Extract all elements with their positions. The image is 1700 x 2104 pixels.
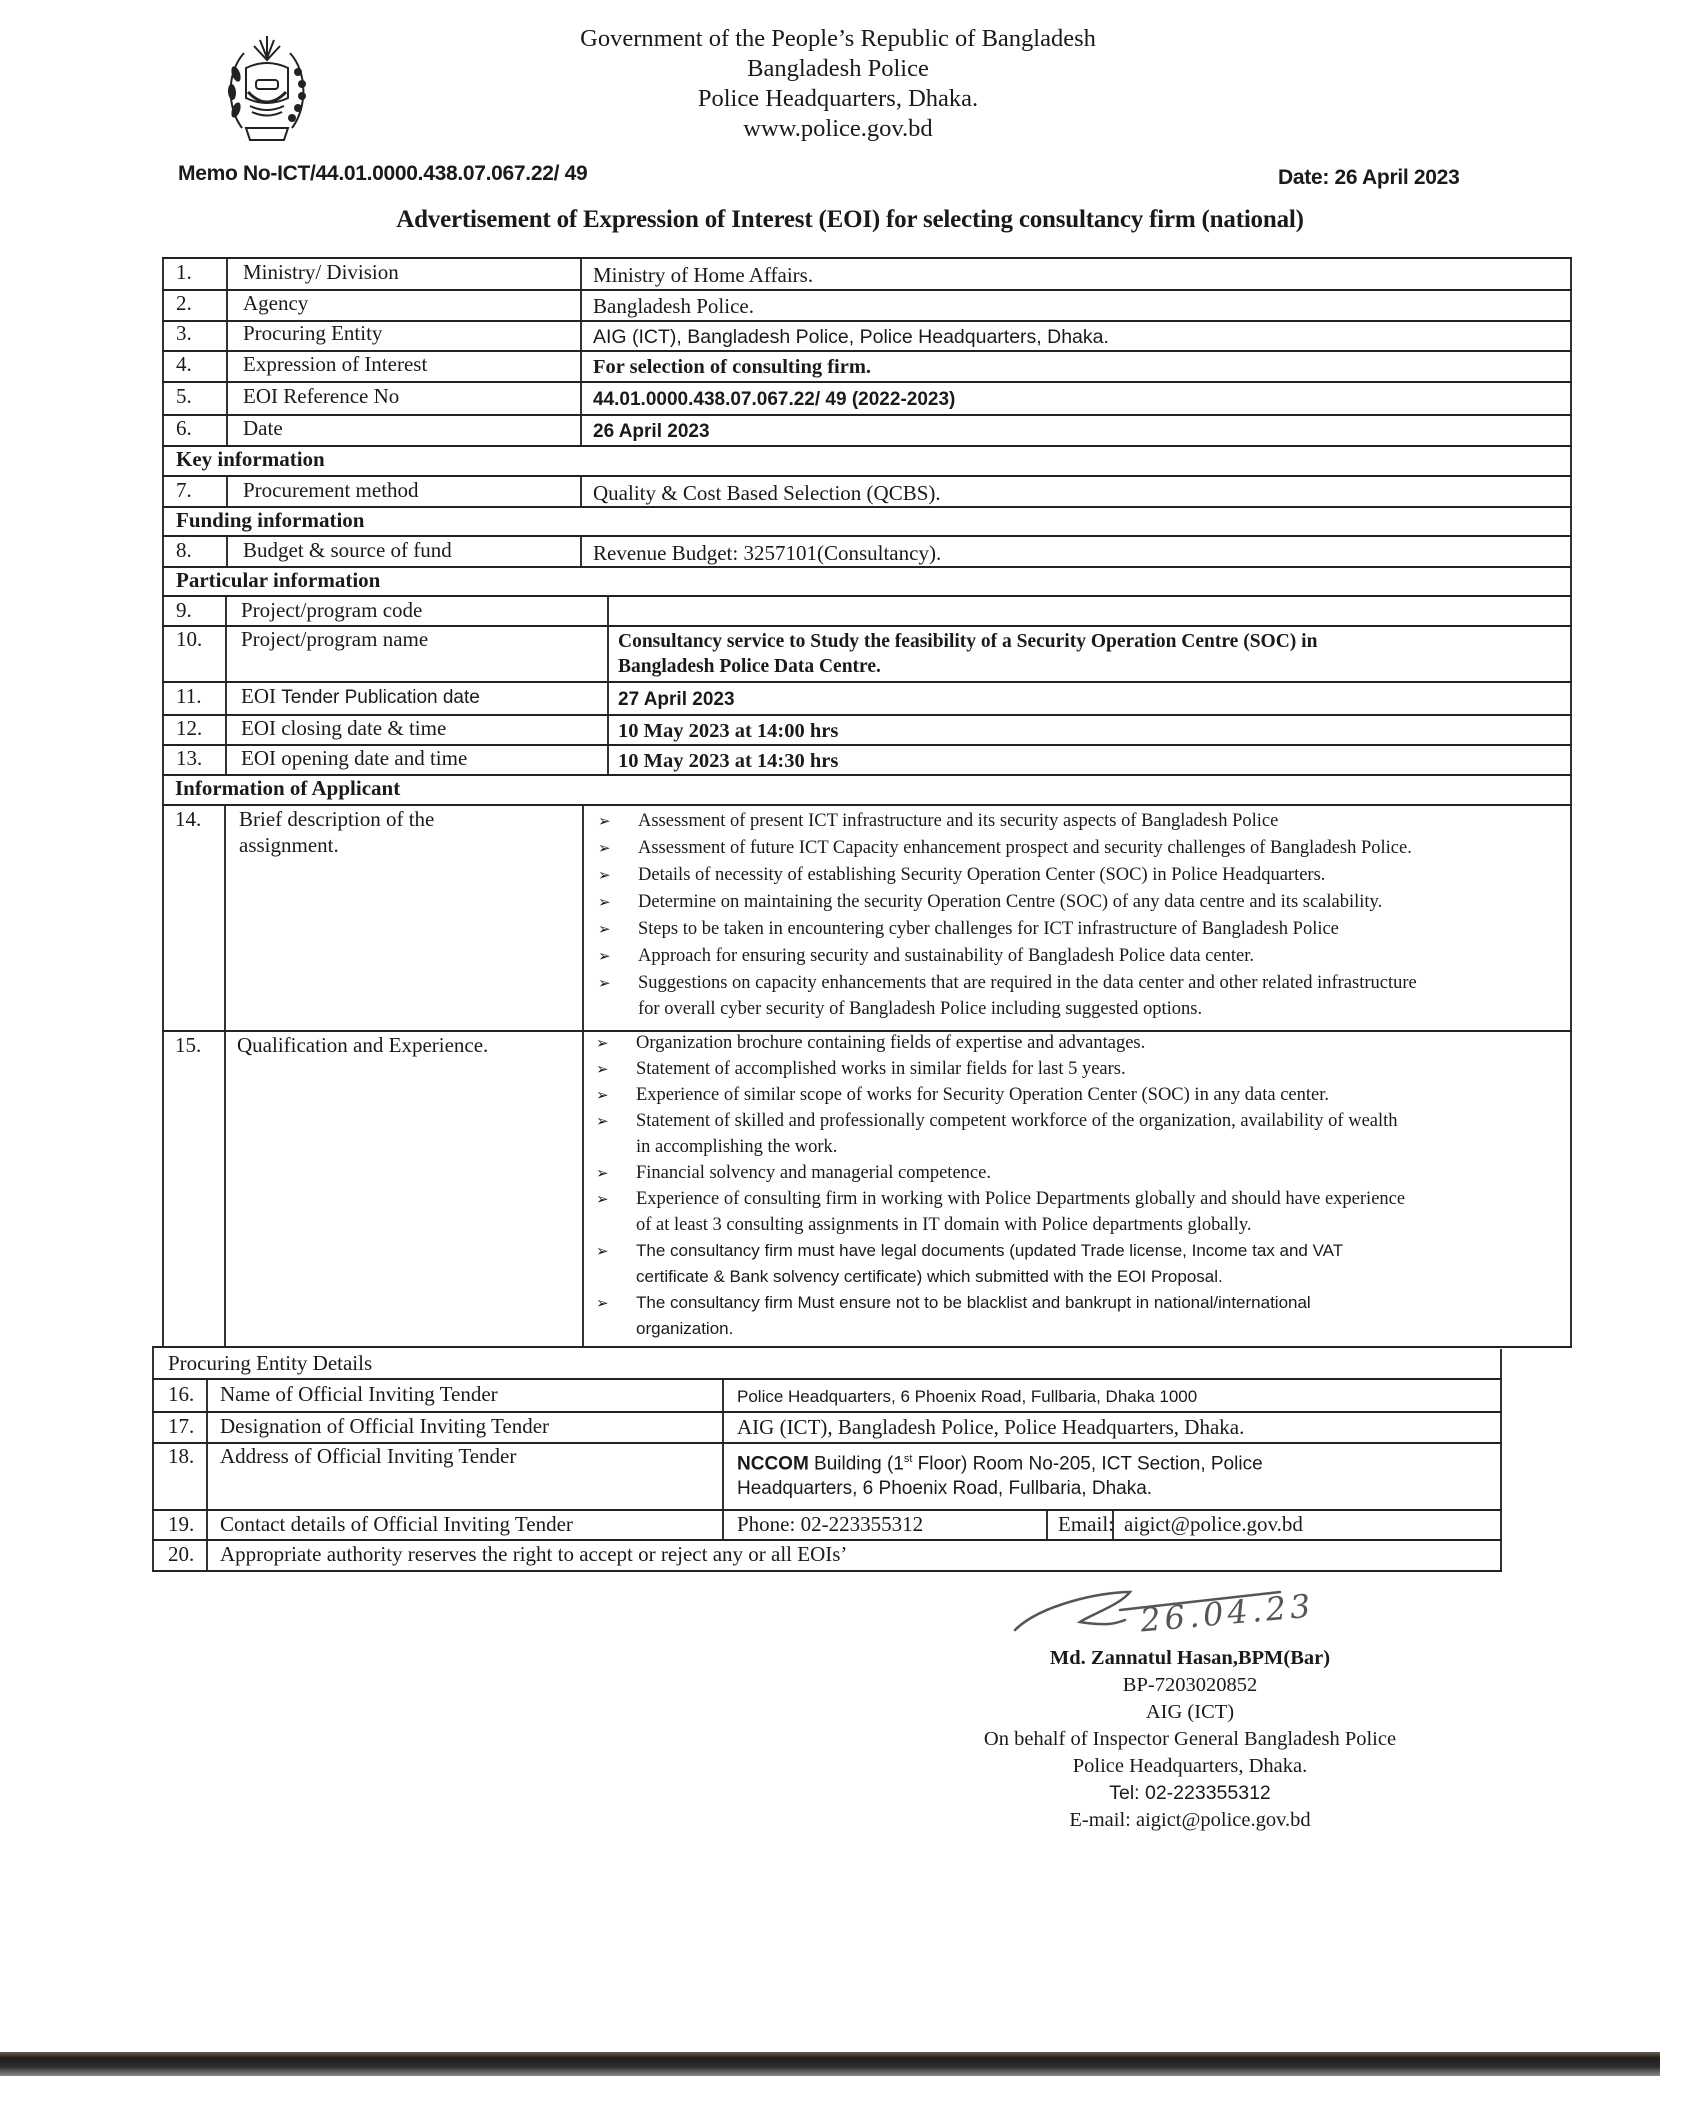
bullet-text: Statement of accomplished works in simil… — [636, 1056, 1126, 1082]
letterhead-office: Police Headquarters, Dhaka. — [538, 84, 1138, 114]
signatory-email: E-mail: aigict@police.gov.bd — [900, 1807, 1480, 1834]
row-12-number: 12. — [176, 715, 202, 741]
signatory-office: Police Headquarters, Dhaka. — [900, 1753, 1480, 1780]
bullet-text: organization. — [636, 1316, 733, 1342]
row-11-label: EOI Tender Publication date — [241, 683, 480, 711]
section-funding-information: Funding information — [176, 507, 364, 533]
row-12-label: EOI closing date & time — [241, 715, 446, 741]
bullet-text: Approach for ensuring security and susta… — [638, 943, 1254, 969]
procuring-entity-heading: Procuring Entity Details — [168, 1350, 372, 1376]
section-information-of-applicant: Information of Applicant — [175, 775, 400, 801]
row-20-text: Appropriate authority reserves the right… — [220, 1541, 847, 1567]
row-4-value: For selection of consulting firm. — [593, 354, 871, 380]
arrow-bullet-icon: ➢ — [596, 1108, 609, 1134]
scanner-edge-bar — [0, 2052, 1660, 2076]
arrow-bullet-icon: ➢ — [596, 1030, 609, 1056]
row-14-label-line-1: Brief description of the — [239, 806, 434, 832]
bullet-text: of at least 3 consulting assignments in … — [636, 1212, 1252, 1238]
row-18-value-line-2: Headquarters, 6 Phoenix Road, Fullbaria,… — [737, 1476, 1152, 1502]
row-12-value: 10 May 2023 at 14:00 hrs — [618, 718, 838, 744]
bullet-text: in accomplishing the work. — [636, 1134, 837, 1160]
row-6-value: 26 April 2023 — [593, 419, 710, 445]
letterhead-government: Government of the People’s Republic of B… — [538, 24, 1138, 54]
signatory-tel: Tel: 02-223355312 — [900, 1780, 1480, 1807]
bullet-text: certificate & Bank solvency certificate)… — [636, 1264, 1223, 1290]
arrow-bullet-icon: ➢ — [598, 889, 611, 915]
row-16-label: Name of Official Inviting Tender — [220, 1381, 498, 1407]
row-6-number: 6. — [176, 415, 192, 441]
bullet-text: Experience of similar scope of works for… — [636, 1082, 1329, 1108]
row-19-email[interactable]: aigict@police.gov.bd — [1124, 1511, 1303, 1537]
bullet-text: Organization brochure containing fields … — [636, 1030, 1145, 1056]
memo-number: Memo No-ICT/44.01.0000.438.07.067.22/ 49 — [178, 162, 587, 186]
row-9-label: Project/program code — [241, 597, 422, 623]
row-18-label: Address of Official Inviting Tender — [220, 1443, 516, 1469]
document-title: Advertisement of Expression of Interest … — [180, 206, 1520, 234]
bullet-text: for overall cyber security of Bangladesh… — [638, 996, 1202, 1022]
letterhead-website: www.police.gov.bd — [538, 114, 1138, 144]
arrow-bullet-icon: ➢ — [598, 808, 611, 834]
row-11-number: 11. — [176, 683, 201, 709]
row-10-label: Project/program name — [241, 626, 428, 652]
row-17-label: Designation of Official Inviting Tender — [220, 1413, 549, 1439]
bullet-text: Steps to be taken in encountering cyber … — [638, 916, 1339, 942]
signatory-block: Md. Zannatul Hasan,BPM(Bar) BP-720302085… — [900, 1645, 1480, 1834]
arrow-bullet-icon: ➢ — [598, 916, 611, 942]
row-7-label: Procurement method — [243, 477, 419, 503]
bullet-text: Details of necessity of establishing Sec… — [638, 862, 1325, 888]
row-17-number: 17. — [168, 1413, 194, 1439]
row-5-number: 5. — [176, 383, 192, 409]
row-15-label: Qualification and Experience. — [237, 1032, 488, 1058]
arrow-bullet-icon: ➢ — [598, 970, 611, 996]
bullet-text: Determine on maintaining the security Op… — [638, 889, 1382, 915]
row-13-number: 13. — [176, 745, 202, 771]
row-14-number: 14. — [175, 806, 201, 832]
row-2-number: 2. — [176, 290, 192, 316]
row-1-value: Ministry of Home Affairs. — [593, 262, 813, 288]
row-5-value: 44.01.0000.438.07.067.22/ 49 (2022-2023) — [593, 387, 955, 413]
bullet-text: Experience of consulting firm in working… — [636, 1186, 1405, 1212]
row-8-number: 8. — [176, 537, 192, 563]
row-9-number: 9. — [176, 597, 192, 623]
section-particular-information: Particular information — [176, 567, 380, 593]
row-2-value: Bangladesh Police. — [593, 293, 754, 319]
bullet-text: The consultancy firm Must ensure not to … — [636, 1290, 1311, 1316]
arrow-bullet-icon: ➢ — [598, 862, 611, 888]
arrow-bullet-icon: ➢ — [598, 943, 611, 969]
row-15-number: 15. — [175, 1032, 201, 1058]
letterhead-agency: Bangladesh Police — [538, 54, 1138, 84]
row-19-email-label: Email: — [1058, 1511, 1114, 1537]
row-16-number: 16. — [168, 1381, 194, 1407]
row-11-value: 27 April 2023 — [618, 687, 735, 713]
row-3-number: 3. — [176, 320, 192, 346]
row-2-label: Agency — [243, 290, 308, 316]
row-18-value-line-1: NCCOM Building (1st Floor) Room No-205, … — [737, 1446, 1263, 1477]
row-4-number: 4. — [176, 351, 192, 377]
bullet-text: The consultancy firm must have legal doc… — [636, 1238, 1343, 1264]
bullet-text: Assessment of present ICT infrastructure… — [638, 808, 1278, 834]
row-19-phone: Phone: 02-223355312 — [737, 1511, 923, 1537]
row-3-label: Procuring Entity — [243, 320, 382, 346]
arrow-bullet-icon: ➢ — [596, 1056, 609, 1082]
bangladesh-police-emblem-icon — [222, 28, 312, 150]
row-7-number: 7. — [176, 477, 192, 503]
row-10-value-line-1: Consultancy service to Study the feasibi… — [618, 629, 1317, 655]
arrow-bullet-icon: ➢ — [596, 1160, 609, 1186]
row-7-value: Quality & Cost Based Selection (QCBS). — [593, 480, 941, 506]
row-16-value: Police Headquarters, 6 Phoenix Road, Ful… — [737, 1384, 1197, 1410]
row-8-label: Budget & source of fund — [243, 537, 452, 563]
section-key-information: Key information — [176, 446, 325, 472]
bullet-text: Suggestions on capacity enhancements tha… — [638, 970, 1417, 996]
row-19-label: Contact details of Official Inviting Ten… — [220, 1511, 573, 1537]
row-6-label: Date — [243, 415, 283, 441]
signatory-name: Md. Zannatul Hasan,BPM(Bar) — [900, 1645, 1480, 1672]
row-3-value: AIG (ICT), Bangladesh Police, Police Hea… — [593, 324, 1109, 350]
row-13-label: EOI opening date and time — [241, 745, 467, 771]
row-4-label: Expression of Interest — [243, 351, 427, 377]
arrow-bullet-icon: ➢ — [596, 1082, 609, 1108]
memo-date: Date: 26 April 2023 — [1278, 166, 1459, 190]
row-13-value: 10 May 2023 at 14:30 hrs — [618, 748, 838, 774]
letterhead: Government of the People’s Republic of B… — [538, 24, 1138, 144]
signatory-behalf: On behalf of Inspector General Banglades… — [900, 1726, 1480, 1753]
bullet-text: Financial solvency and managerial compet… — [636, 1160, 991, 1186]
arrow-bullet-icon: ➢ — [596, 1238, 609, 1264]
signatory-designation: AIG (ICT) — [900, 1699, 1480, 1726]
row-5-label: EOI Reference No — [243, 383, 399, 409]
row-20-number: 20. — [168, 1541, 194, 1567]
row-18-number: 18. — [168, 1443, 194, 1469]
bullet-text: Statement of skilled and professionally … — [636, 1108, 1398, 1134]
row-14-label-line-2: assignment. — [239, 832, 339, 858]
row-8-value: Revenue Budget: 3257101(Consultancy). — [593, 540, 941, 566]
bullet-text: Assessment of future ICT Capacity enhanc… — [638, 835, 1412, 861]
arrow-bullet-icon: ➢ — [598, 835, 611, 861]
row-19-number: 19. — [168, 1511, 194, 1537]
row-10-number: 10. — [176, 626, 202, 652]
arrow-bullet-icon: ➢ — [596, 1186, 609, 1212]
row-10-value-line-2: Bangladesh Police Data Centre. — [618, 654, 881, 680]
row-1-number: 1. — [176, 259, 192, 285]
signatory-id: BP-7203020852 — [900, 1672, 1480, 1699]
row-17-value: AIG (ICT), Bangladesh Police, Police Hea… — [737, 1414, 1244, 1440]
arrow-bullet-icon: ➢ — [596, 1290, 609, 1316]
row-1-label: Ministry/ Division — [243, 259, 399, 285]
